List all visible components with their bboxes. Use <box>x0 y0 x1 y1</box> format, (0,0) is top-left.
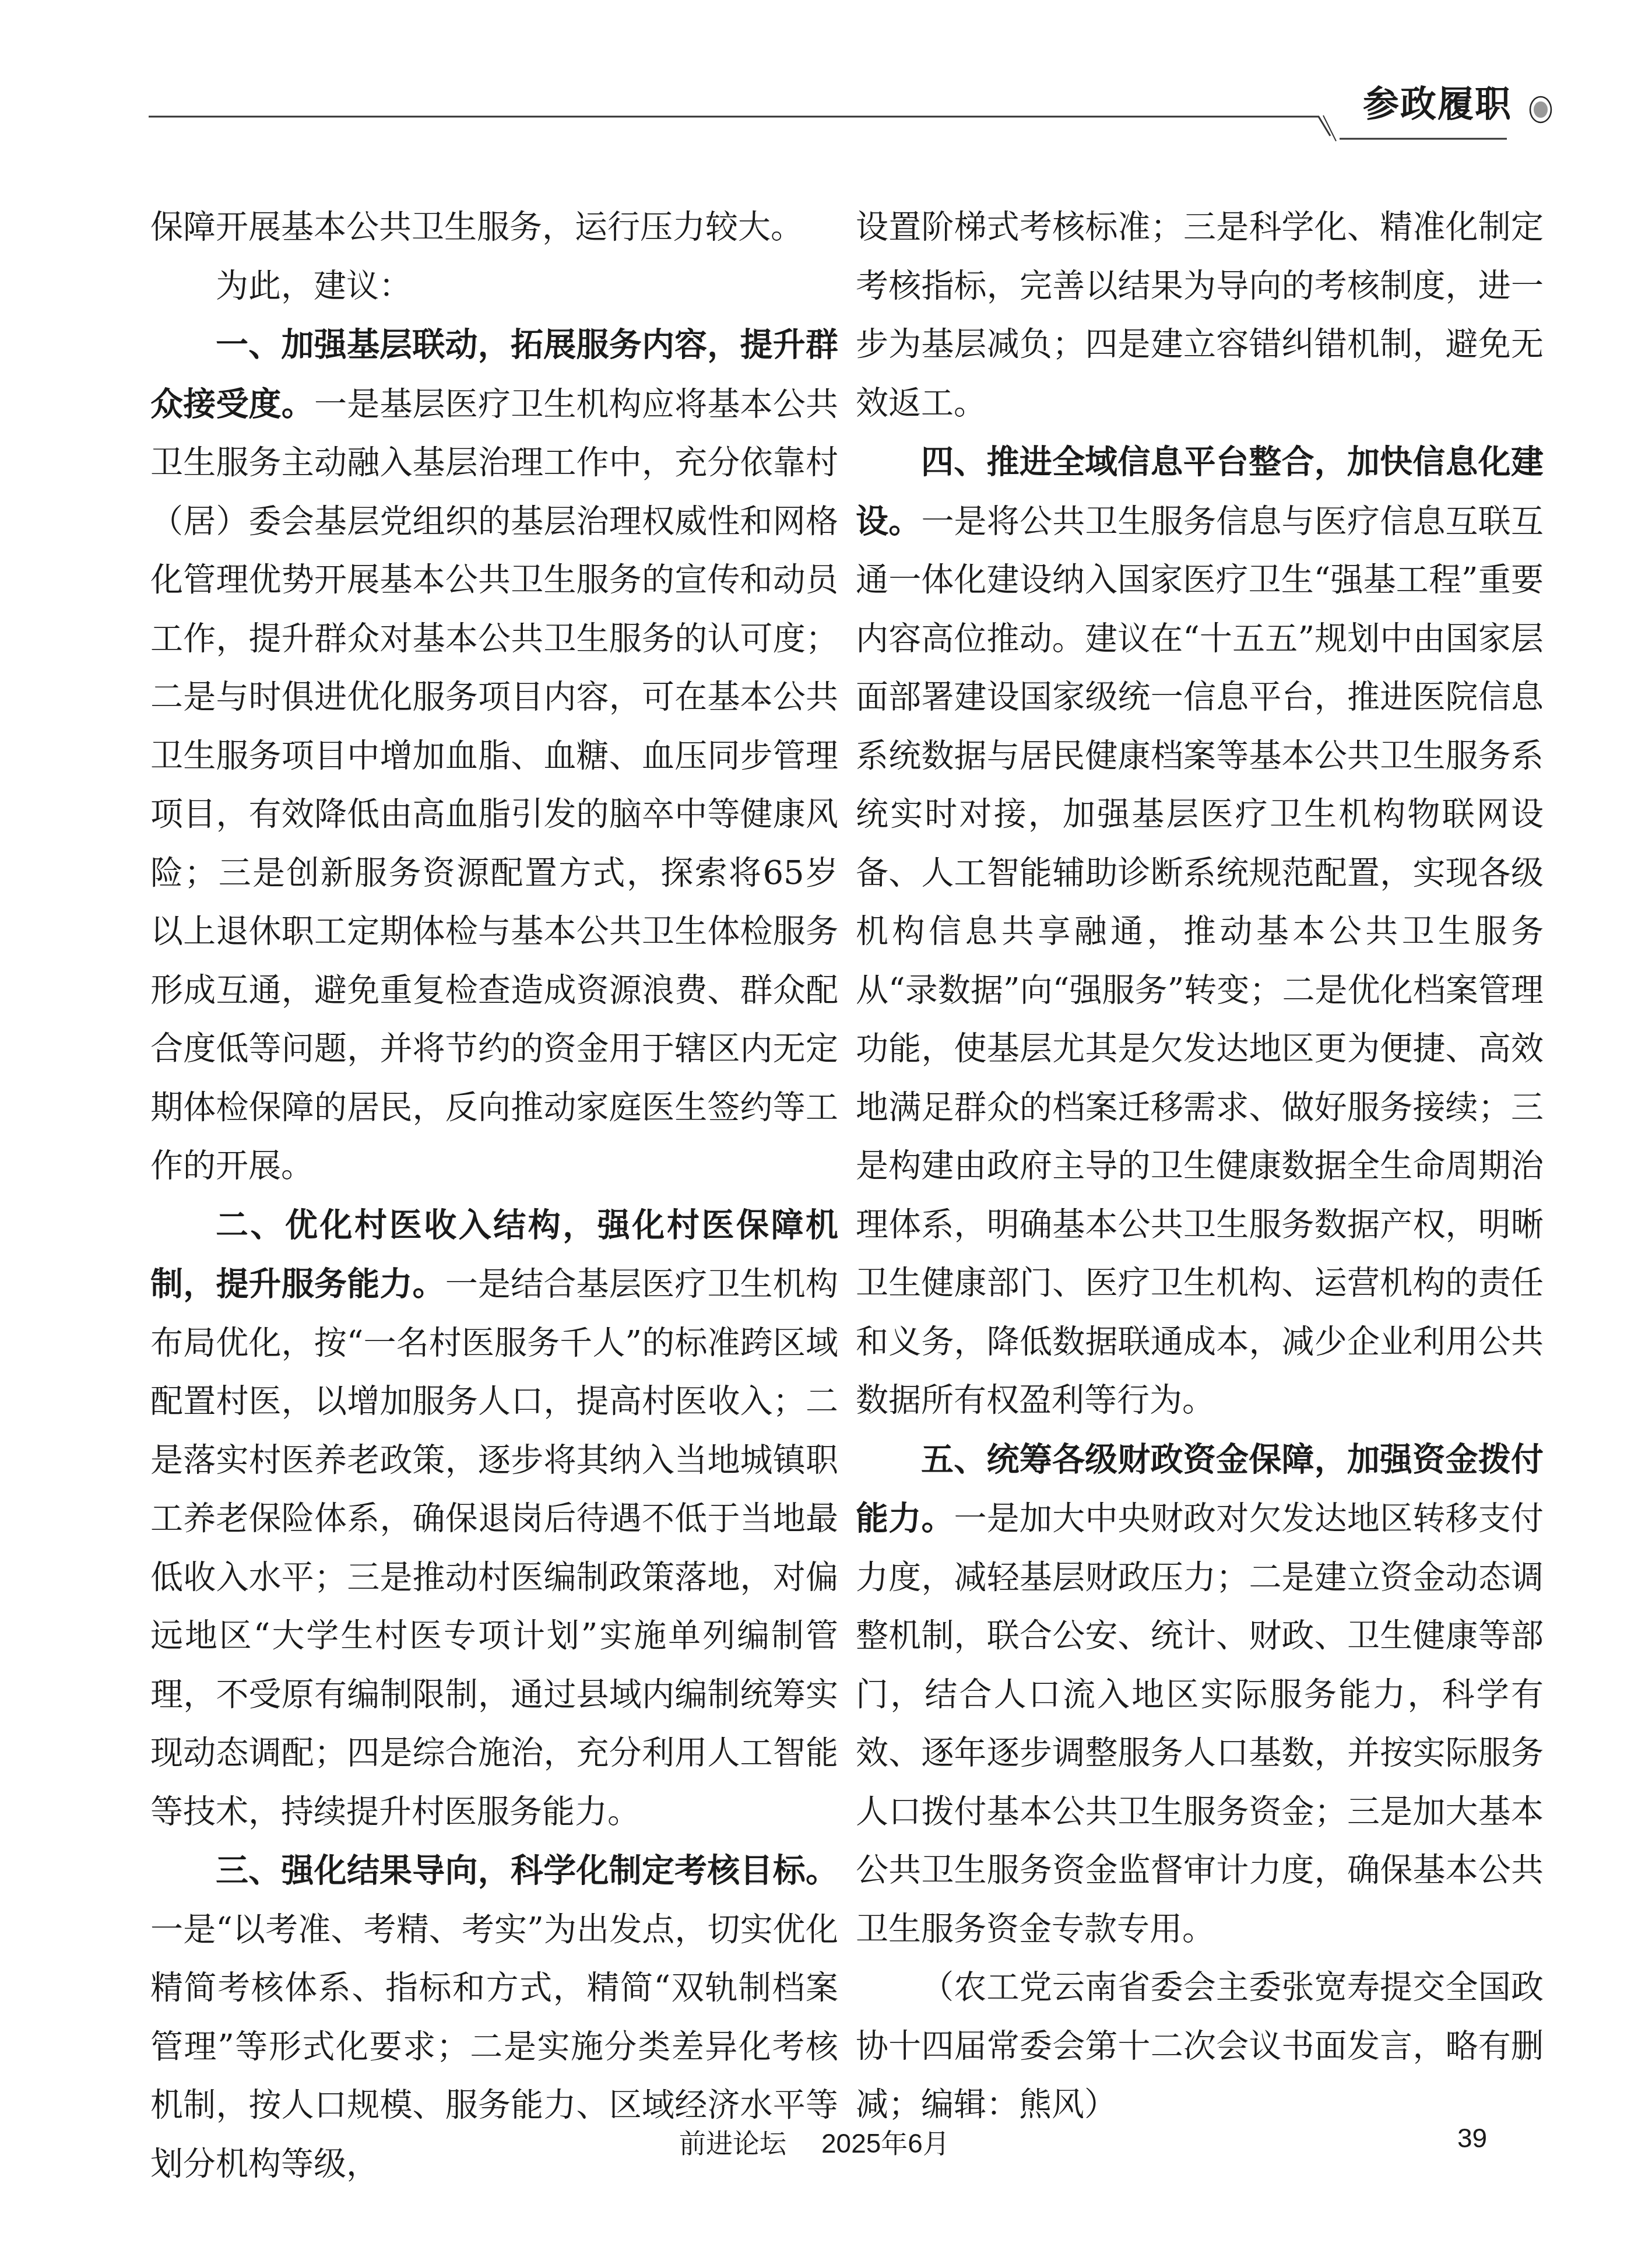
paragraph: 保障开展基本公共卫生服务，运行压力较大。 <box>150 198 838 257</box>
paragraph-recommendation-5: 五、统筹各级财政资金保障，加强资金拨付能力。一是加大中央财政对欠发达地区转移支付… <box>856 1430 1544 1959</box>
paragraph-recommendation-1: 一、加强基层联动，拓展服务内容，提升群众接受度。一是基层医疗卫生机构应将基本公共… <box>150 315 838 1196</box>
left-column: 保障开展基本公共卫生服务，运行压力较大。 为此，建议： 一、加强基层联动，拓展服… <box>150 198 838 2193</box>
paragraph: 为此，建议： <box>150 257 838 316</box>
page-number: 39 <box>1457 2122 1487 2154</box>
right-column: 设置阶梯式考核标准；三是科学化、精准化制定考核指标，完善以结果为导向的考核制度，… <box>856 198 1544 2135</box>
footer: 前进论坛2025年6月 <box>679 2122 950 2161</box>
paragraph: 设置阶梯式考核标准；三是科学化、精准化制定考核指标，完善以结果为导向的考核制度，… <box>856 198 1544 433</box>
attribution: （农工党云南省委会主委张宽寿提交全国政协十四届常委会第十二次会议书面发言，略有删… <box>856 1958 1544 2135</box>
recommendation-body: 一是将公共卫生服务信息与医疗信息互联互通一体化建设纳入国家医疗卫生“强基工程”重… <box>856 503 1544 1420</box>
recommendation-heading: 三、强化结果导向，科学化制定考核目标。 <box>216 1851 838 1890</box>
recommendation-body: 一是加大中央财政对欠发达地区转移支付力度，减轻基层财政压力；二是建立资金动态调整… <box>856 1500 1544 1948</box>
recommendation-body: 一是结合基层医疗卫生机构布局优化，按“一名村医服务千人”的标准跨区域配置村医，以… <box>150 1265 838 1831</box>
recommendation-body: 一是基层医疗卫生机构应将基本公共卫生服务主动融入基层治理工作中，充分依靠村（居）… <box>150 385 838 1185</box>
target-circle-icon <box>1530 97 1551 122</box>
paragraph-recommendation-2: 二、优化村医收入结构，强化村医保障机制，提升服务能力。一是结合基层医疗卫生机构布… <box>150 1196 838 1842</box>
issue-date: 2025年6月 <box>821 2128 950 2158</box>
paragraph-recommendation-4: 四、推进全域信息平台整合，加快信息化建设。一是将公共卫生服务信息与医疗信息互联互… <box>856 433 1544 1430</box>
publication-name: 前进论坛 <box>679 2128 786 2158</box>
section-title: 参政履职 <box>1363 86 1512 122</box>
